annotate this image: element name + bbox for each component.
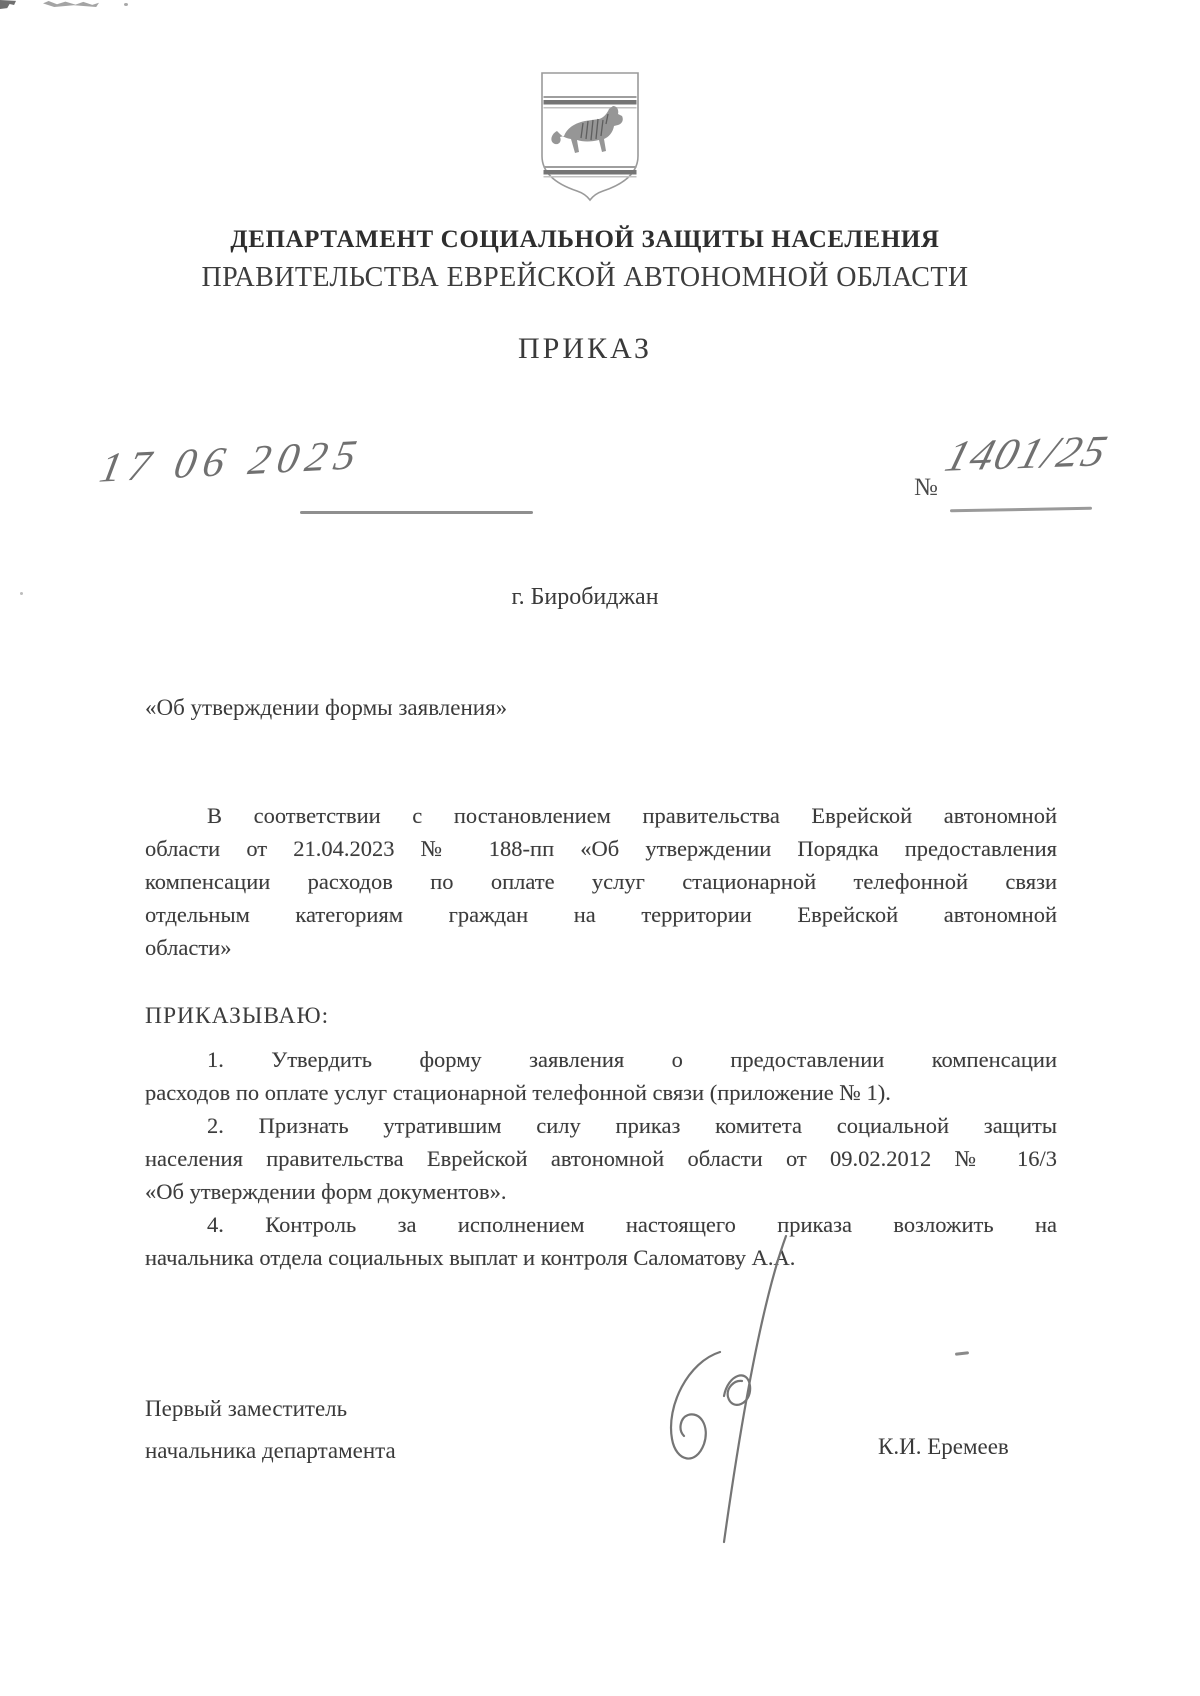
date-underline bbox=[300, 511, 533, 514]
item-2-line: населения правительства Еврейской автоно… bbox=[145, 1142, 1057, 1175]
scan-artifact bbox=[124, 3, 128, 6]
preamble-line: отдельным категориям граждан на территор… bbox=[145, 898, 1057, 931]
signer-position-line1: Первый заместитель bbox=[145, 1396, 347, 1422]
item-2-line: «Об утверждении форм документов». bbox=[145, 1175, 1057, 1208]
handwritten-date: 17 06 2025 bbox=[96, 431, 367, 492]
item-1-line: расходов по оплате услуг стационарной те… bbox=[145, 1076, 1057, 1109]
order-word: ПРИКАЗЫВАЮ: bbox=[145, 1003, 329, 1030]
item-4-line: 4. Контроль за исполнением настоящего пр… bbox=[145, 1208, 1057, 1241]
item-2-line: 2. Признать утратившим силу приказ комит… bbox=[145, 1109, 1057, 1142]
preamble-line: компенсации расходов по оплате услуг ста… bbox=[145, 865, 1057, 898]
coat-of-arms-shield-tiger-icon bbox=[537, 70, 643, 202]
scan-artifact bbox=[0, 0, 16, 9]
number-sign-label: № bbox=[914, 474, 938, 502]
preamble-line: области» bbox=[145, 931, 1057, 964]
order-items: 1. Утвердить форму заявления о предостав… bbox=[145, 1043, 1057, 1274]
org-name-line1: ДЕПАРТАМЕНТ СОЦИАЛЬНОЙ ЗАЩИТЫ НАСЕЛЕНИЯ bbox=[90, 226, 1080, 254]
scan-artifact bbox=[20, 592, 23, 595]
handwritten-signature-icon bbox=[628, 1230, 798, 1550]
city-line: г. Биробиджан bbox=[90, 584, 1080, 611]
scan-artifact bbox=[43, 1, 99, 7]
org-name-line2: ПРАВИТЕЛЬСТВА ЕВРЕЙСКОЙ АВТОНОМНОЙ ОБЛАС… bbox=[90, 262, 1080, 294]
preamble-paragraph: В соответствии с постановлением правител… bbox=[145, 799, 1057, 964]
handwritten-number: 1401/25 bbox=[940, 425, 1115, 481]
subject-line: «Об утверждении формы заявления» bbox=[145, 695, 507, 721]
signer-name: К.И. Еремеев bbox=[878, 1434, 1009, 1460]
signer-position-line2: начальника департамента bbox=[145, 1438, 396, 1464]
item-1-line: 1. Утвердить форму заявления о предостав… bbox=[145, 1043, 1057, 1076]
scanned-order-document: ДЕПАРТАМЕНТ СОЦИАЛЬНОЙ ЗАЩИТЫ НАСЕЛЕНИЯ … bbox=[0, 0, 1200, 1696]
preamble-line: области от 21.04.2023 № 188-пп «Об утвер… bbox=[145, 832, 1057, 865]
number-underline bbox=[950, 507, 1092, 512]
scan-artifact bbox=[955, 1351, 969, 1356]
preamble-line: В соответствии с постановлением правител… bbox=[145, 799, 1057, 832]
document-type-title: ПРИКАЗ bbox=[90, 332, 1080, 366]
item-4-line: начальника отдела социальных выплат и ко… bbox=[145, 1241, 1057, 1274]
